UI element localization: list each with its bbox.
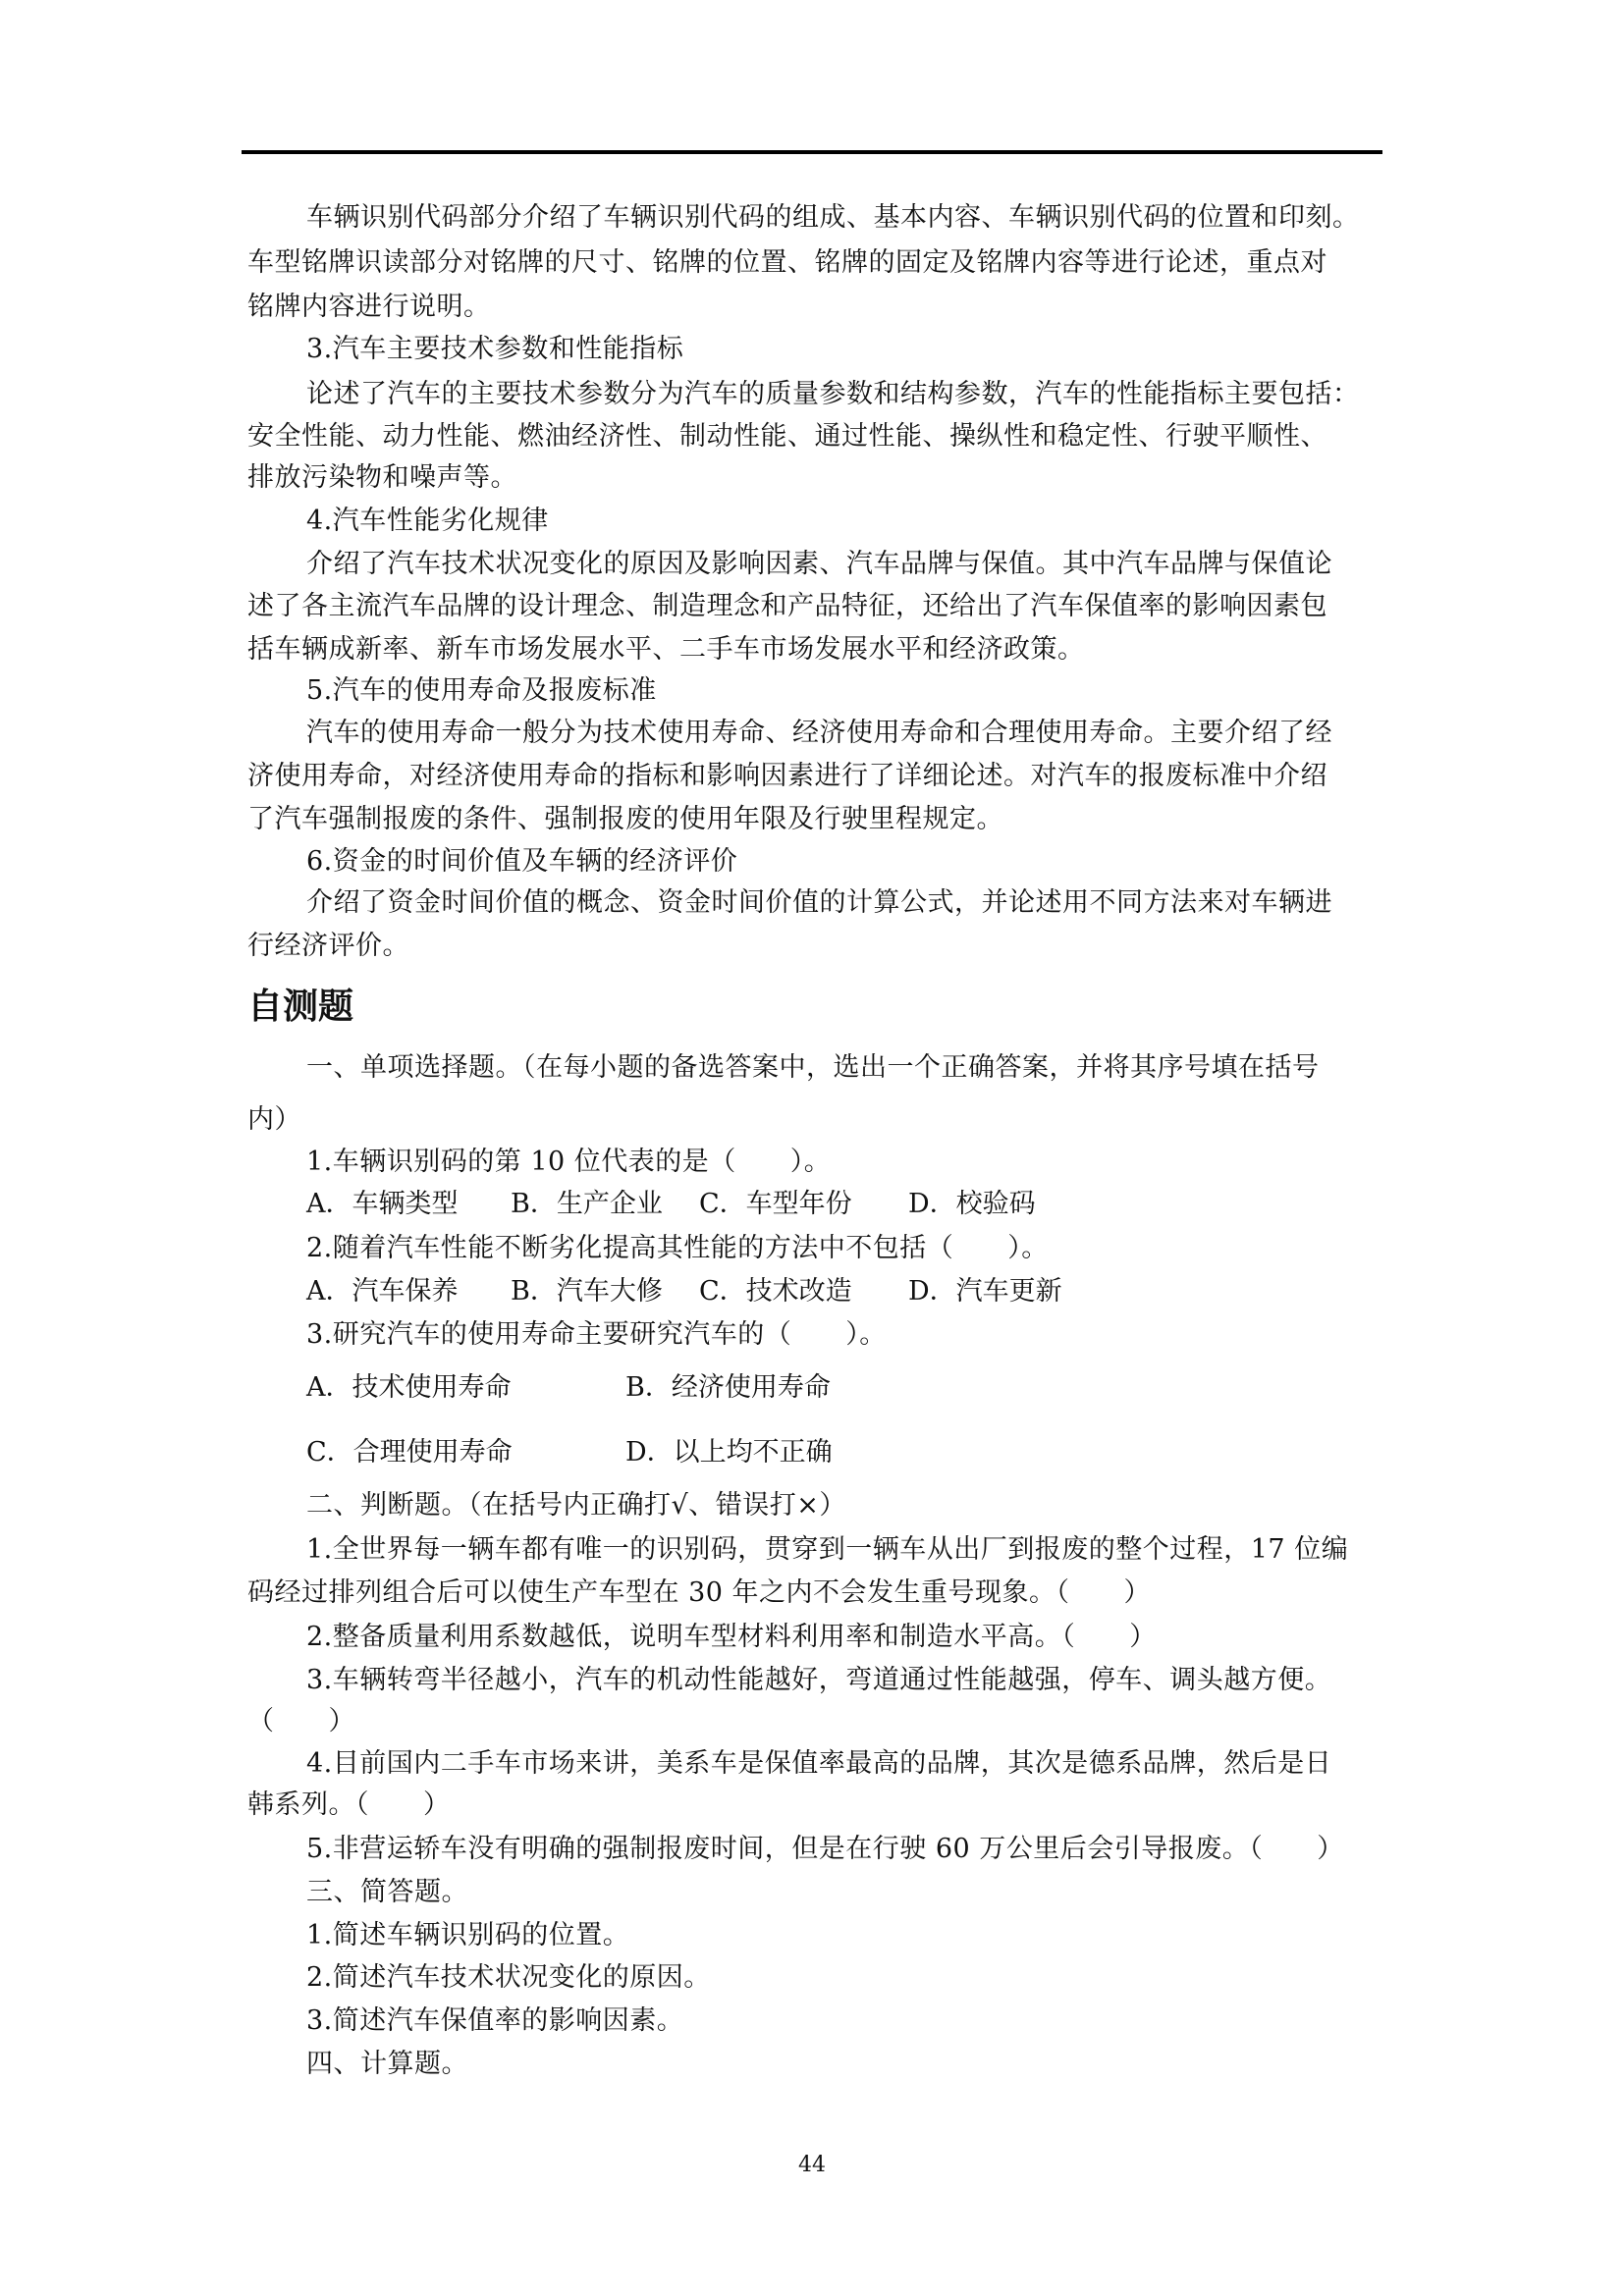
part1-q3-option-c: C．合理使用寿命	[306, 1436, 513, 1469]
part2-q4-line-2: 韩系列。（ ）	[247, 1789, 1377, 1822]
section-6-body-line-2: 行经济评价。	[247, 930, 1377, 963]
part1-q2-option-b: B．汽车大修	[511, 1275, 663, 1308]
part2-q4-line-1: 4.目前国内二手车市场来讲，美系车是保值率最高的品牌，其次是德系品牌，然后是日	[306, 1747, 1435, 1781]
part2-q2: 2.整备质量利用系数越低，说明车型材料利用率和制造水平高。（ ）	[306, 1621, 1435, 1654]
part1-q1-option-c: C．车型年份	[699, 1188, 852, 1221]
part1-q3-stem: 3.研究汽车的使用寿命主要研究汽车的（ ）。	[306, 1318, 1435, 1352]
part2-q5: 5.非营运轿车没有明确的强制报废时间，但是在行驶 60 万公里后会引导报废。（ …	[306, 1833, 1435, 1866]
part1-q3-option-a: A．技术使用寿命	[306, 1371, 512, 1405]
section-5-body-line-2: 济使用寿命，对经济使用寿命的指标和影响因素进行了详细论述。对汽车的报废标准中介绍	[247, 760, 1377, 793]
header-rule	[242, 150, 1382, 154]
part2-title: 二、判断题。（在括号内正确打√、错误打×）	[306, 1489, 1435, 1522]
part3-title: 三、简答题。	[306, 1876, 1435, 1909]
section-5-title: 5.汽车的使用寿命及报废标准	[306, 674, 1435, 708]
part2-q3-line-2: （ ）	[247, 1705, 1377, 1738]
part1-title-line-1: 一、单项选择题。（在每小题的备选答案中，选出一个正确答案，并将其序号填在括号	[306, 1051, 1435, 1085]
section-3-body-line-1: 论述了汽车的主要技术参数分为汽车的质量参数和结构参数，汽车的性能指标主要包括：	[306, 378, 1435, 411]
part1-q3-option-d: D．以上均不正确	[625, 1436, 833, 1469]
page-number: 44	[0, 2152, 1624, 2179]
part4-title: 四、计算题。	[306, 2048, 1435, 2081]
part1-q2-option-d: D．汽车更新	[908, 1275, 1062, 1308]
part3-item-1: 1.简述车辆识别码的位置。	[306, 1919, 1435, 1952]
section-4-title: 4.汽车性能劣化规律	[306, 505, 1435, 538]
paragraph-vin-line-2: 车型铭牌识读部分对铭牌的尺寸、铭牌的位置、铭牌的固定及铭牌内容等进行论述，重点对	[247, 246, 1377, 280]
part3-item-3: 3.简述汽车保值率的影响因素。	[306, 2004, 1435, 2038]
part2-q1-line-2: 码经过排列组合后可以使生产车型在 30 年之内不会发生重号现象。（ ）	[247, 1576, 1377, 1610]
part2-q3-line-1: 3.车辆转弯半径越小，汽车的机动性能越好，弯道通过性能越强，停车、调头越方便。	[306, 1664, 1435, 1697]
section-3-body-line-2: 安全性能、动力性能、燃油经济性、制动性能、通过性能、操纵性和稳定性、行驶平顺性、	[247, 420, 1377, 454]
section-3-title: 3.汽车主要技术参数和性能指标	[306, 333, 1435, 366]
section-3-body-line-3: 排放污染物和噪声等。	[247, 461, 1377, 495]
part1-q1-stem: 1.车辆识别码的第 10 位代表的是（ ）。	[306, 1146, 1435, 1179]
section-4-body-line-3: 括车辆成新率、新车市场发展水平、二手车市场发展水平和经济政策。	[247, 633, 1377, 667]
part1-title-line-2: 内）	[247, 1103, 1377, 1137]
section-6-title: 6.资金的时间价值及车辆的经济评价	[306, 845, 1435, 879]
section-6-body-line-1: 介绍了资金时间价值的概念、资金时间价值的计算公式，并论述用不同方法来对车辆进	[306, 886, 1435, 920]
paragraph-vin-line-3: 铭牌内容进行说明。	[247, 291, 1377, 324]
part1-q3-option-b: B．经济使用寿命	[625, 1371, 831, 1405]
part1-q1-option-b: B．生产企业	[511, 1188, 663, 1221]
section-5-body-line-3: 了汽车强制报废的条件、强制报废的使用年限及行驶里程规定。	[247, 803, 1377, 836]
part1-q1-option-d: D．校验码	[908, 1188, 1036, 1221]
part2-q1-line-1: 1.全世界每一辆车都有唯一的识别码，贯穿到一辆车从出厂到报废的整个过程，17 位…	[306, 1533, 1435, 1567]
section-4-body-line-1: 介绍了汽车技术状况变化的原因及影响因素、汽车品牌与保值。其中汽车品牌与保值论	[306, 548, 1435, 581]
paragraph-vin-line-1: 车辆识别代码部分介绍了车辆识别代码的组成、基本内容、车辆识别代码的位置和印刻。	[306, 201, 1435, 235]
section-4-body-line-2: 述了各主流汽车品牌的设计理念、制造理念和产品特征，还给出了汽车保值率的影响因素包	[247, 590, 1377, 623]
self-test-heading: 自测题	[247, 986, 353, 1029]
part1-q2-option-a: A．汽车保养	[306, 1275, 459, 1308]
section-5-body-line-1: 汽车的使用寿命一般分为技术使用寿命、经济使用寿命和合理使用寿命。主要介绍了经	[306, 717, 1435, 750]
part1-q2-stem: 2.随着汽车性能不断劣化提高其性能的方法中不包括（ ）。	[306, 1232, 1435, 1265]
part3-item-2: 2.简述汽车技术状况变化的原因。	[306, 1961, 1435, 1995]
part1-q2-option-c: C．技术改造	[699, 1275, 852, 1308]
part1-q1-option-a: A．车辆类型	[306, 1188, 459, 1221]
